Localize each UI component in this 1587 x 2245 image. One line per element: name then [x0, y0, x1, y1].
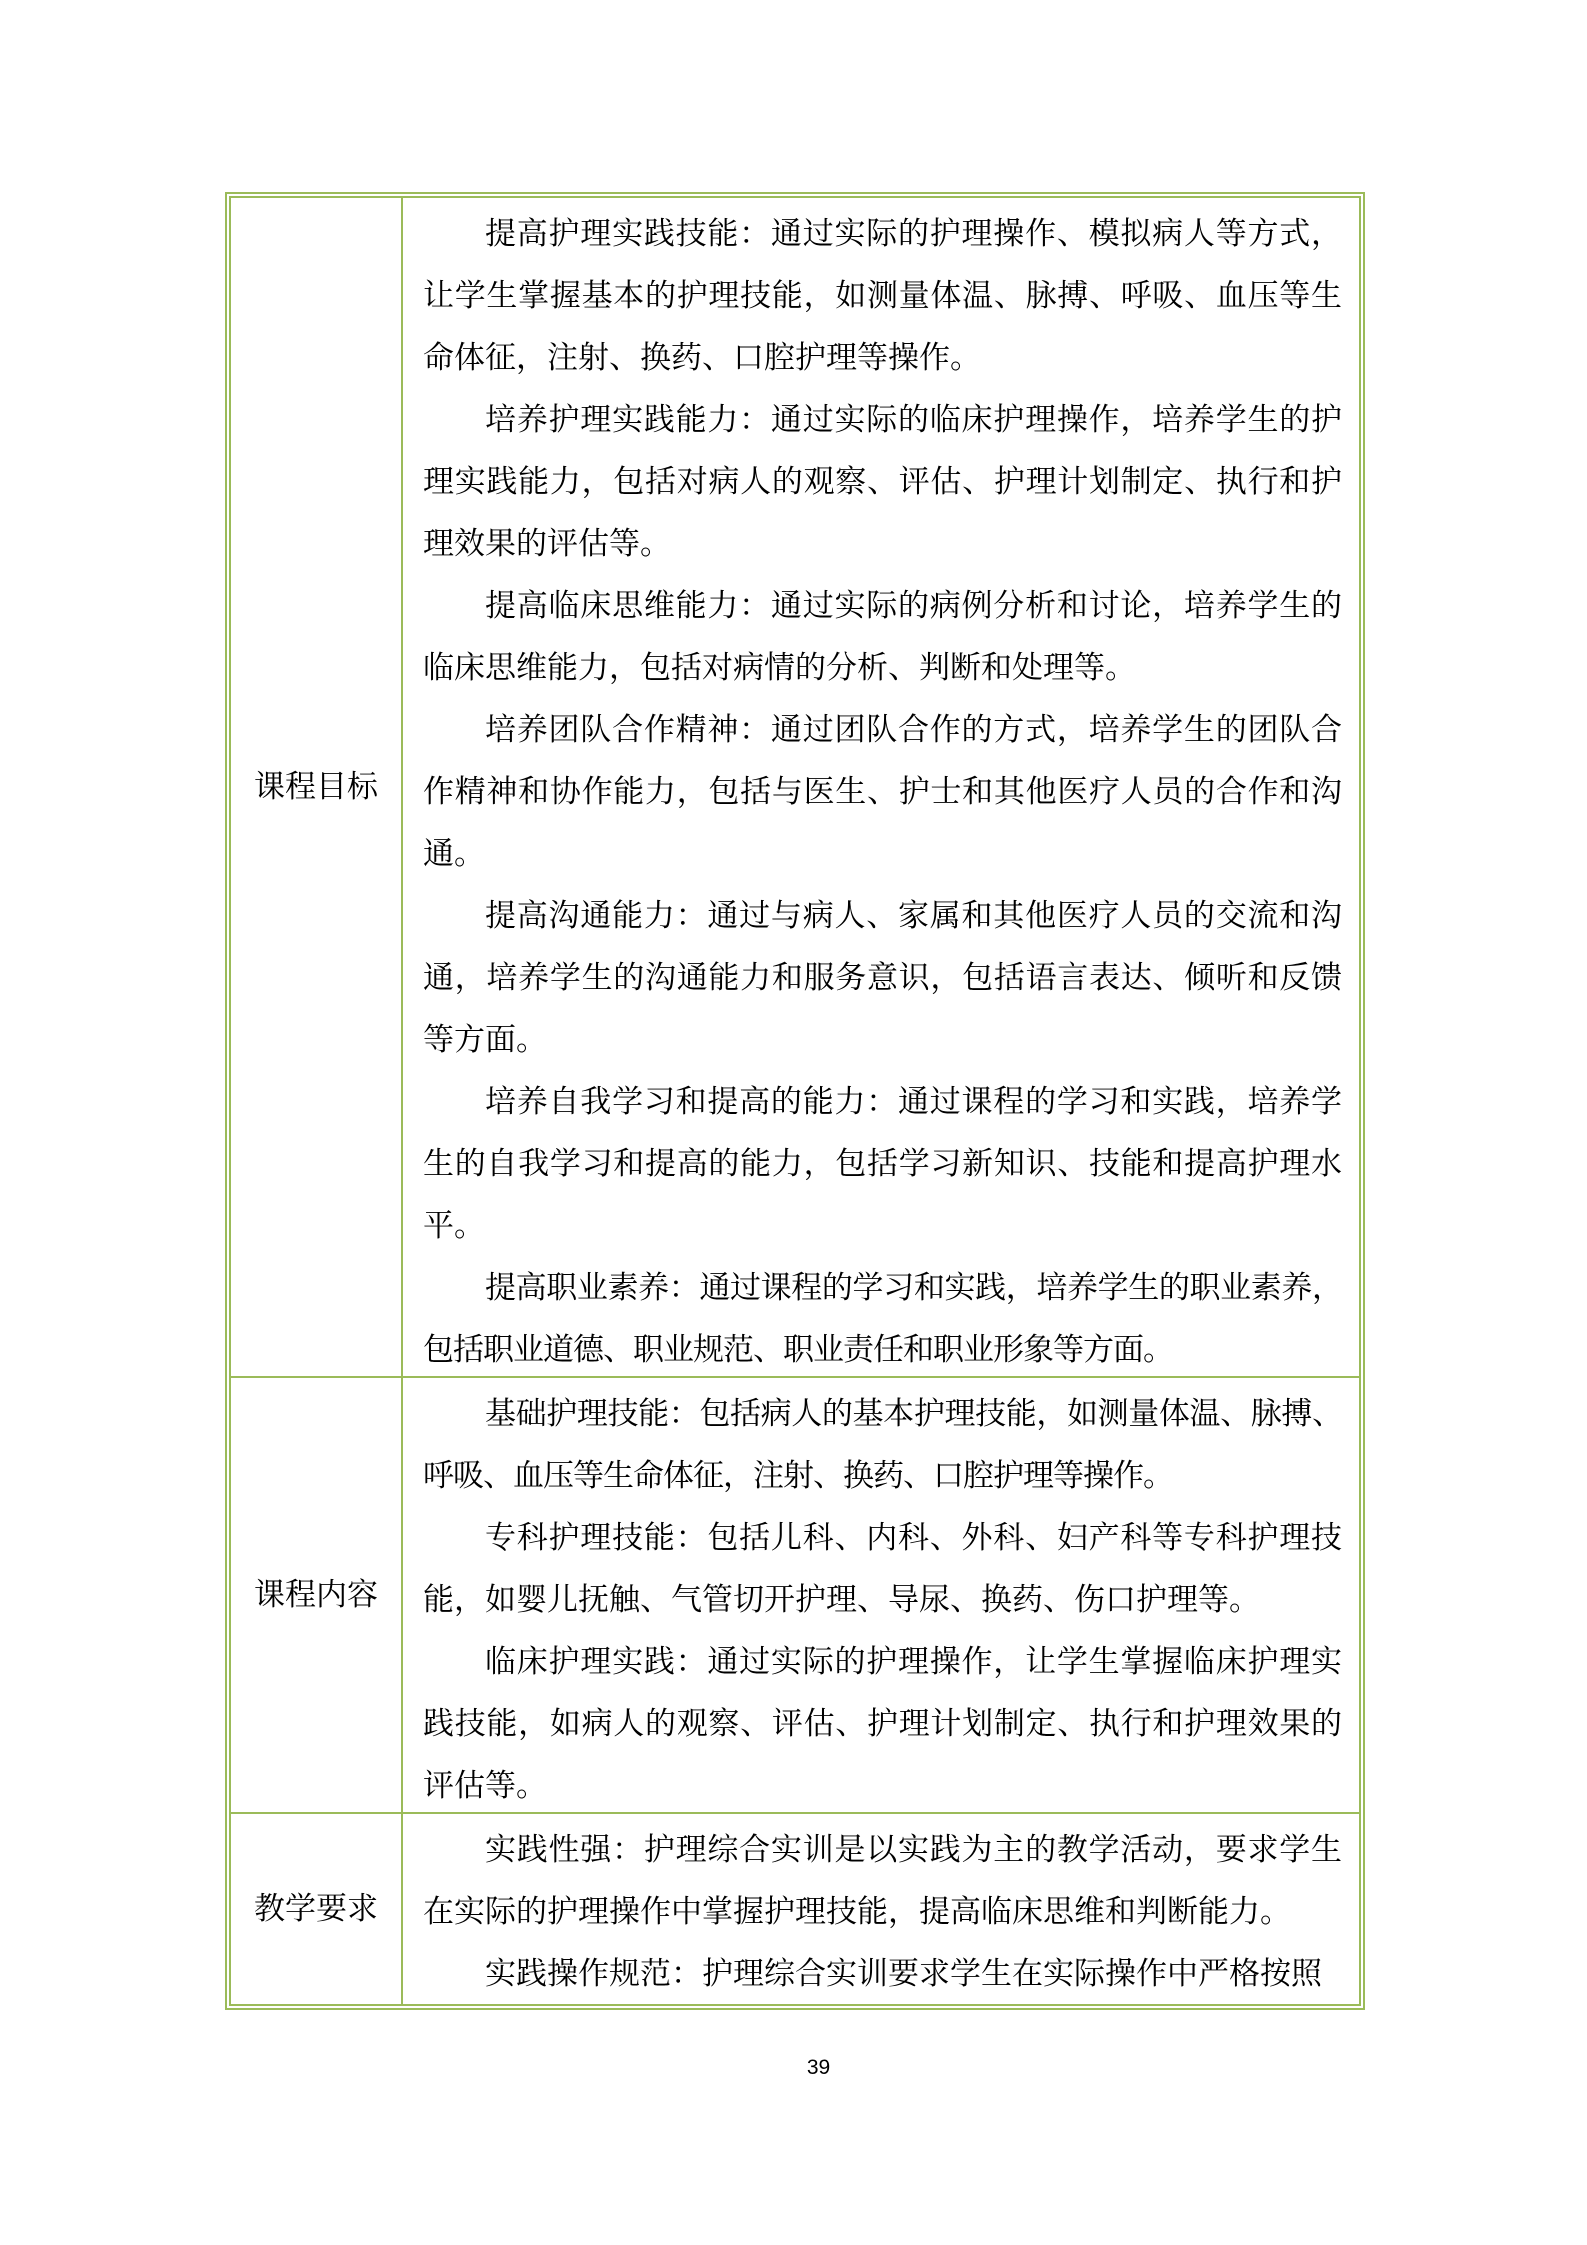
paragraph: 提高护理实践技能：通过实际的护理操作、模拟病人等方式，让学生掌握基本的护理技能，…: [423, 203, 1342, 389]
row-content-teaching-requirements: 实践性强：护理综合实训是以实践为主的教学活动，要求学生在实际的护理操作中掌握护理…: [403, 1814, 1359, 2004]
row-content-course-objectives: 提高护理实践技能：通过实际的护理操作、模拟病人等方式，让学生掌握基本的护理技能，…: [403, 198, 1359, 1378]
paragraph: 培养护理实践能力：通过实际的临床护理操作，培养学生的护理实践能力，包括对病人的观…: [423, 389, 1342, 575]
row-content-course-contents: 基础护理技能：包括病人的基本护理技能，如测量体温、脉搏、呼吸、血压等生命体征，注…: [403, 1378, 1359, 1814]
paragraph: 实践性强：护理综合实训是以实践为主的教学活动，要求学生在实际的护理操作中掌握护理…: [423, 1819, 1342, 1943]
paragraph: 临床护理实践：通过实际的护理操作，让学生掌握临床护理实践技能，如病人的观察、评估…: [423, 1631, 1342, 1814]
paragraph: 提高临床思维能力：通过实际的病例分析和讨论，培养学生的临床思维能力，包括对病情的…: [423, 575, 1342, 699]
row-label-teaching-requirements: 教学要求: [231, 1814, 403, 2004]
document-page: 课程目标 提高护理实践技能：通过实际的护理操作、模拟病人等方式，让学生掌握基本的…: [0, 0, 1587, 2245]
row-label-course-contents: 课程内容: [231, 1378, 403, 1814]
paragraph: 培养团队合作精神：通过团队合作的方式，培养学生的团队合作精神和协作能力，包括与医…: [423, 699, 1342, 885]
paragraph: 培养自我学习和提高的能力：通过课程的学习和实践，培养学生的自我学习和提高的能力，…: [423, 1071, 1342, 1257]
paragraph: 基础护理技能：包括病人的基本护理技能，如测量体温、脉搏、呼吸、血压等生命体征，注…: [423, 1383, 1342, 1507]
row-label-course-objectives: 课程目标: [231, 198, 403, 1378]
page-footer: 39: [50, 2056, 1587, 2080]
paragraph: 提高沟通能力：通过与病人、家属和其他医疗人员的交流和沟通，培养学生的沟通能力和服…: [423, 885, 1342, 1071]
page-number: 39: [807, 2056, 830, 2079]
paragraph: 实践操作规范：护理综合实训要求学生在实际操作中严格按照: [423, 1943, 1342, 2004]
paragraph: 专科护理技能：包括儿科、内科、外科、妇产科等专科护理技能，如婴儿抚触、气管切开护…: [423, 1507, 1342, 1631]
course-table: 课程目标 提高护理实践技能：通过实际的护理操作、模拟病人等方式，让学生掌握基本的…: [225, 192, 1365, 2010]
paragraph: 提高职业素养：通过课程的学习和实践，培养学生的职业素养，包括职业道德、职业规范、…: [423, 1257, 1342, 1378]
